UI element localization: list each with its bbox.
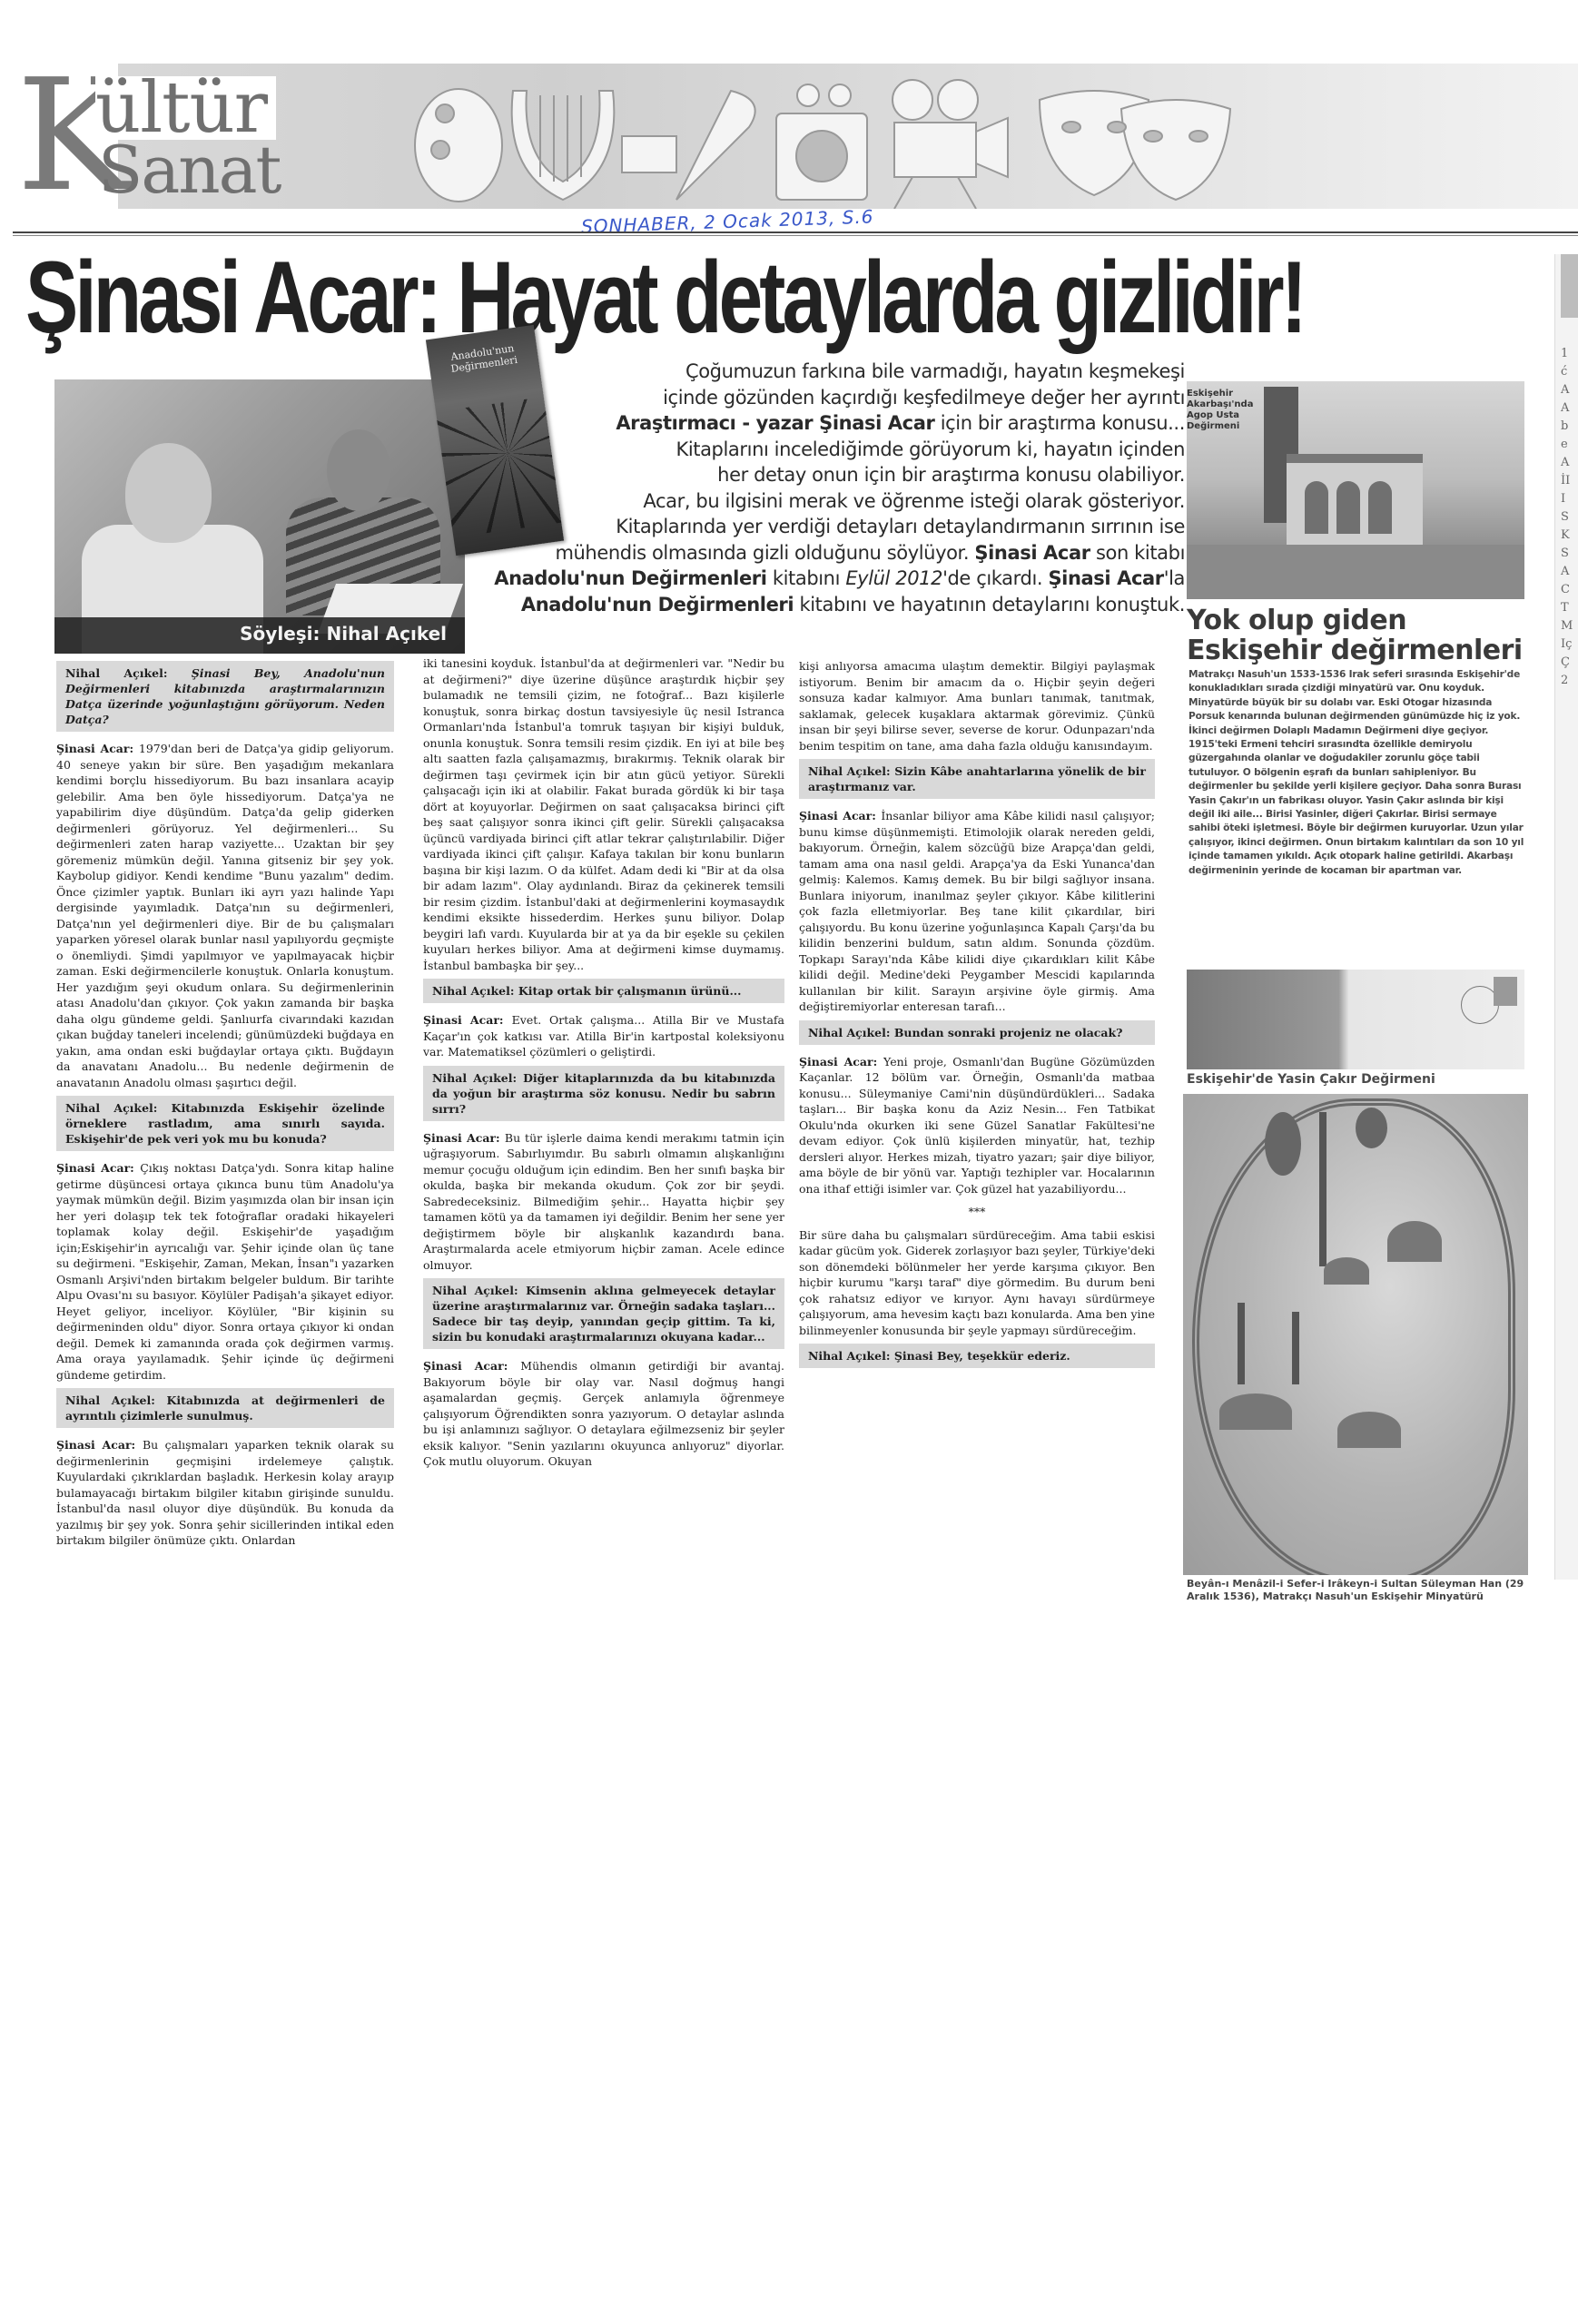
intro-run: Kitaplarını incelediğimde görüyorum ki, … <box>676 438 1185 460</box>
intro-run: Şinasi Acar <box>1048 567 1163 589</box>
photo-caption-bar: Söyleşi: Nihal Açıkel <box>54 617 465 654</box>
interview-answer: Şinasi Acar: Mühendis olmanın getirdiği … <box>423 1358 784 1470</box>
interview-question: Nihal Açıkel: Şinasi Bey, teşekkür ederi… <box>799 1344 1155 1368</box>
interview-question: Nihal Açıkel: Sizin Kâbe anahtarlarına y… <box>799 759 1155 799</box>
interview-answer: Şinasi Acar: Çıkış noktası Datça'ydı. So… <box>56 1160 394 1383</box>
lyre-icon <box>512 91 615 200</box>
interview-answer: Şinasi Acar: Yeni proje, Osmanlı'dan Bug… <box>799 1054 1155 1197</box>
postcard-caption: Eskişehir'de Yasin Çakır Değirmeni <box>1187 1072 1435 1087</box>
intro-run: için bir araştırma konusu... <box>934 412 1185 434</box>
intro-run: Anadolu'nun Değirmenleri <box>521 594 794 615</box>
masthead-rule <box>13 231 1578 233</box>
intro-run: her detay onun için bir araştırma konusu… <box>717 464 1185 486</box>
interview-question: Nihal Açıkel: Bundan sonraki projeniz ne… <box>799 1020 1155 1045</box>
theater-masks-icon <box>1040 91 1230 200</box>
intro-run: kitabını ve hayatının detaylarını konuşt… <box>794 594 1185 615</box>
intro-run: Kitaplarında yer verdiği detayları detay… <box>616 516 1185 537</box>
article-column-2: iki tanesini koyduk. İstanbul'da at deği… <box>423 655 784 1475</box>
interview-question: Nihal Açıkel: Kitabınızda at değirmenler… <box>56 1388 394 1428</box>
intro-run: 'de çıkardı. <box>942 567 1048 589</box>
intro-run: Şinasi Acar <box>974 542 1090 564</box>
interview-question: Nihal Açıkel: Şinasi Bey, Anadolu'nun De… <box>56 661 394 732</box>
article-column-3: kişi anlıyorsa amacıma ulaştım demektir.… <box>799 658 1155 1377</box>
intro-run: son kitabı <box>1090 542 1185 564</box>
masthead-rule-thin <box>13 235 1578 236</box>
interview-answer: Şinasi Acar: Bu çalışmaları yaparken tek… <box>56 1437 394 1549</box>
interview-question: Nihal Açıkel: Diğer kitaplarınızda da bu… <box>423 1066 784 1121</box>
palette-icon <box>415 89 502 202</box>
article-column-1: Nihal Açıkel: Şinasi Bey, Anadolu'nun De… <box>56 655 394 1554</box>
intro-run: kitabını <box>767 567 846 589</box>
miniature-caption: Beyân-ı Menâzil-i Sefer-i Irâkeyn-i Sult… <box>1187 1578 1532 1603</box>
masthead-sanat: Sanat <box>98 138 280 202</box>
interviewer-credit: Söyleşi: Nihal Açıkel <box>240 623 447 645</box>
interview-answer: Şinasi Acar: İnsanlar biliyor ama Kâbe k… <box>799 808 1155 1015</box>
yasin-cakir-postcard <box>1187 970 1524 1069</box>
interview-photo: Söyleşi: Nihal Açıkel <box>54 379 465 654</box>
interview-answer: Şinasi Acar: 1979'dan beri de Datça'ya g… <box>56 741 394 1090</box>
masthead-kultur: ültür <box>95 76 276 140</box>
article-headline: Şinasi Acar: Hayat detaylarda gizlidir! <box>25 243 1304 352</box>
quill-icon <box>622 91 755 200</box>
paragraph: Bir süre daha bu çalışmaları sürdüreceği… <box>799 1227 1155 1339</box>
stamp-icon <box>1494 977 1517 1006</box>
interview-question: Nihal Açıkel: Kitap ortak bir çalışmanın… <box>423 979 784 1003</box>
camera-icon <box>776 84 867 200</box>
agop-usta-photo-caption: Eskişehir Akarbaşı'nda Agop Usta Değirme… <box>1187 389 1268 432</box>
paragraph: iki tanesini koyduk. İstanbul'da at deği… <box>423 655 784 973</box>
newspaper-page: K ültür Sanat <box>0 0 1578 2324</box>
section-separator: *** <box>799 1204 1155 1220</box>
interview-answer: Şinasi Acar: Bu tür işlerle daima kendi … <box>423 1130 784 1274</box>
intro-run: Araştırmacı - yazar Şinasi Acar <box>616 412 934 434</box>
intro-run: Acar, bu ilgisini merak ve öğrenme isteğ… <box>643 490 1185 512</box>
sidebar-text: Matrakçı Nasuh'un 1533-1536 Irak seferi … <box>1188 668 1526 878</box>
intro-run: Anadolu'nun Değirmenleri <box>494 567 766 589</box>
intro-run: Çoğumuzun farkına bile varmadığı, hayatı… <box>685 360 1185 382</box>
arts-icons-strip <box>404 73 1276 209</box>
intro-run: içinde gözünden kaçırdığı keşfedilmeye d… <box>663 387 1185 409</box>
interview-question: Nihal Açıkel: Kitabınızda Eskişehir özel… <box>56 1096 394 1151</box>
interview-answer: Şinasi Acar: Evet. Ortak çalışma... Atil… <box>423 1012 784 1060</box>
intro-run: mühendis olmasında gizli olduğunu söylüy… <box>555 542 974 564</box>
article-intro: Çoğumuzun farkına bile varmadığı, hayatı… <box>481 359 1185 617</box>
intro-run: Eylül 2012 <box>845 567 942 589</box>
film-camera-icon <box>893 80 1008 209</box>
sidebar-title: Yok olup giden Eskişehir değirmenleri <box>1187 606 1550 665</box>
intro-run: 'la <box>1164 567 1185 589</box>
agop-usta-mill-photo: Eskişehir Akarbaşı'nda Agop Usta Değirme… <box>1187 381 1524 599</box>
adjacent-article-edge: 1ćAAbeAİIISKSACTMIçÇ2 <box>1554 254 1578 1580</box>
paragraph: kişi anlıyorsa amacıma ulaştım demektir.… <box>799 658 1155 753</box>
matrakci-miniature <box>1183 1094 1528 1575</box>
interview-question: Nihal Açıkel: Kimsenin aklına gelmeyecek… <box>423 1278 784 1349</box>
